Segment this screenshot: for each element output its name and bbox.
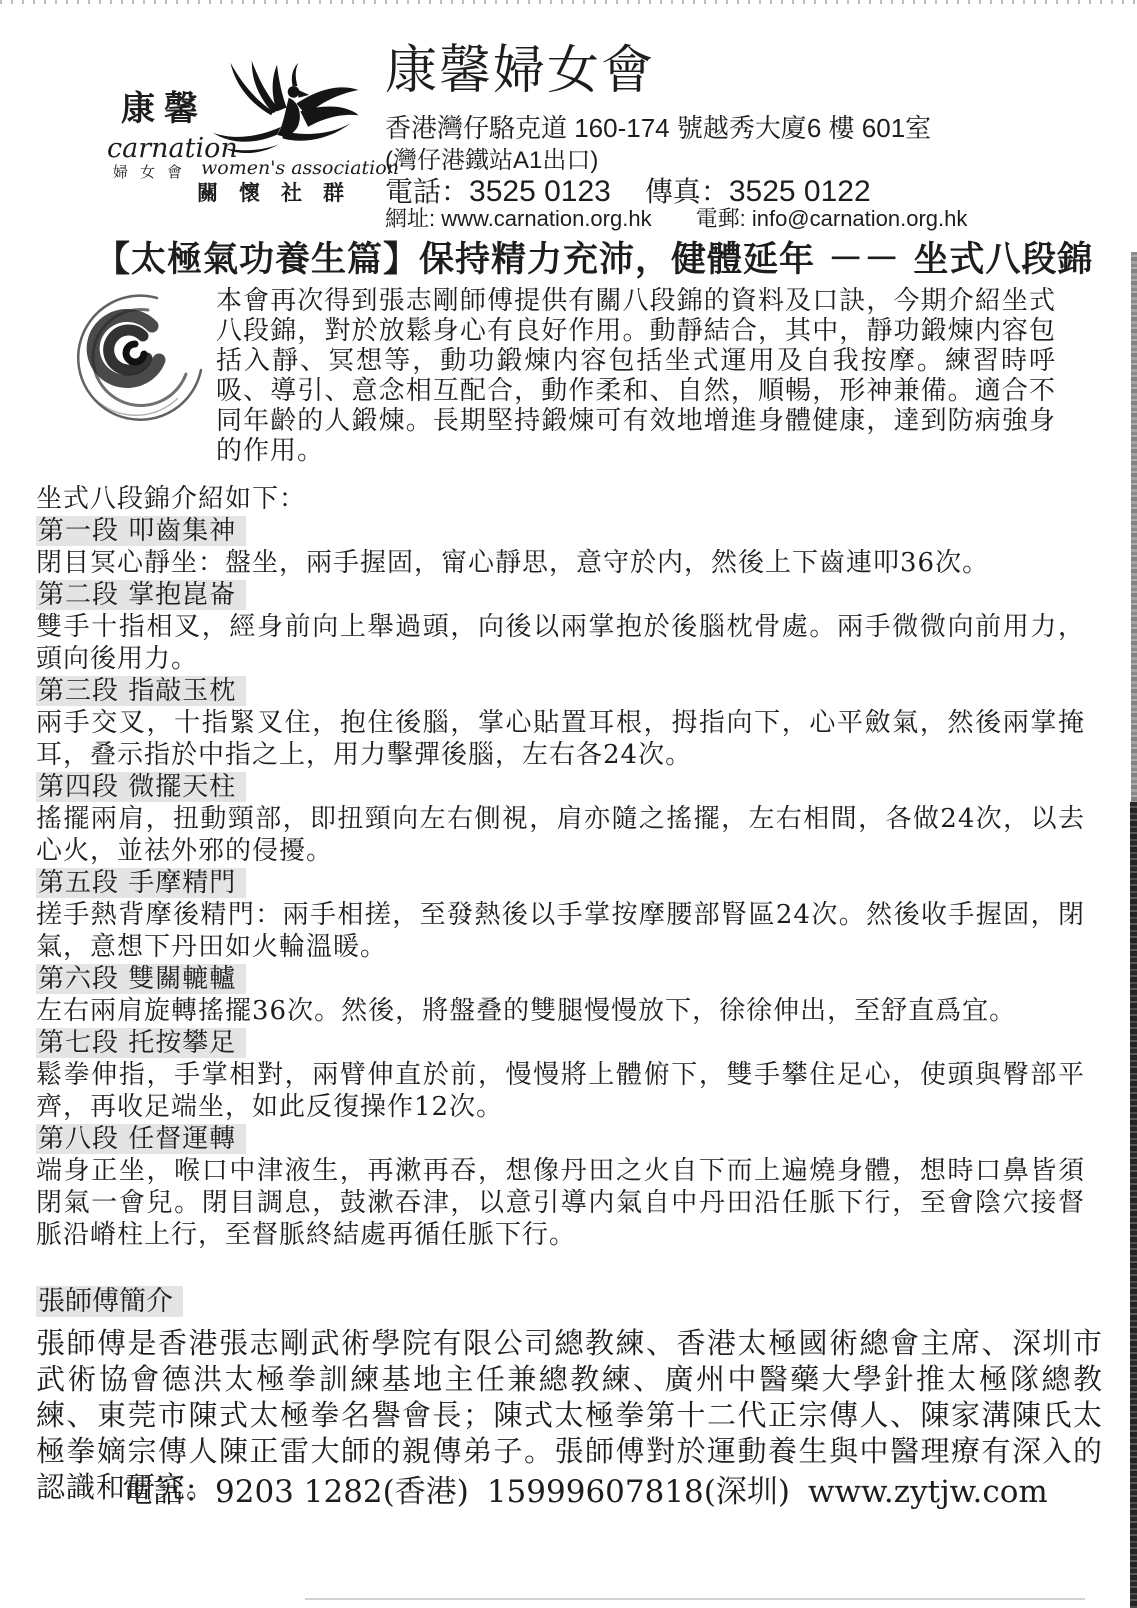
brand-assoc-en: women's association	[201, 157, 399, 179]
section-body: 左右兩肩旋轉搖擺36次。然後，將盤叠的雙腿慢慢放下，徐徐伸出，至舒直爲宜。	[36, 995, 1085, 1027]
section-body: 閉目冥心靜坐：盤坐，兩手握固，甯心靜思，意守於内，然後上下齒連叩36次。	[36, 547, 1085, 579]
footer-phone-hk: 9203 1282(香港)	[215, 1474, 469, 1510]
scanned-flyer-page: 康馨 carnation 婦女會	[0, 0, 1137, 1608]
section-heading-text: 第七段 托按攀足	[36, 1028, 246, 1058]
org-header: 康馨婦女會 香港灣仔駱克道 160-174 號越秀大廈6 樓 601室 (灣仔港…	[385, 46, 1085, 231]
section-heading-text: 第三段 指敲玉枕	[36, 676, 246, 706]
scan-right-edge-artifact-upper	[1131, 252, 1137, 802]
section-heading: 第二段 掌抱崑崙	[36, 579, 1085, 611]
section-heading: 第三段 指敲玉枕	[36, 675, 1085, 707]
org-web-email-line: 網址: www.carnation.org.hk電郵: info@carnati…	[385, 202, 967, 233]
scan-right-edge-artifact-lower	[1130, 802, 1137, 1608]
section-body: 兩手交叉，十指緊叉住，抱住後腦，掌心貼置耳根，拇指向下，心平斂氣，然後兩掌掩耳，…	[36, 707, 1085, 771]
article-intro-text: 本會再次得到張志剛師傅提供有關八段錦的資料及口訣，今期介紹坐式八段錦，對於放鬆身…	[216, 286, 1056, 466]
section-heading: 第七段 托按攀足	[36, 1027, 1085, 1059]
bio-heading-text: 張師傅簡介	[36, 1286, 183, 1317]
section-block: 第一段 叩齒集神 閉目冥心靜坐：盤坐，兩手握固，甯心靜思，意守於内，然後上下齒連…	[36, 515, 1085, 579]
section-block: 第六段 雙關轆轤 左右兩肩旋轉搖擺36次。然後，將盤叠的雙腿慢慢放下，徐徐伸出，…	[36, 963, 1085, 1027]
taichi-ink-swirl-icon	[60, 286, 210, 446]
section-body: 搓手熱背摩後精門：兩手相搓，至發熱後以手掌按摩腰部腎區24次。然後收手握固，閉氣…	[36, 899, 1085, 963]
website-url: www.carnation.org.hk	[441, 206, 651, 231]
footer-phone-label: 電話：	[122, 1474, 215, 1510]
section-heading: 第一段 叩齒集神	[36, 515, 1085, 547]
section-body: 鬆拳伸指，手掌相對，兩臂伸直於前，慢慢將上體俯下，雙手攀住足心，使頭與臀部平齊，…	[36, 1059, 1085, 1123]
section-heading: 第六段 雙關轆轤	[36, 963, 1085, 995]
phoenix-bird-icon	[193, 55, 363, 157]
section-body: 端身正坐，喉口中津液生，再漱再吞，想像丹田之火自下而上遍燒身體，想時口鼻皆須閉氣…	[36, 1155, 1085, 1251]
email-address: info@carnation.org.hk	[752, 206, 968, 231]
website-label: 網址:	[385, 206, 435, 231]
section-block: 第五段 手摩精門 搓手熱背摩後精門：兩手相搓，至發熱後以手掌按摩腰部腎區24次。…	[36, 867, 1085, 963]
footer-website: www.zytjw.com	[808, 1474, 1048, 1510]
section-body: 搖擺兩肩，扭動頸部，即扭頸向左右側視，肩亦隨之搖擺，左右相間，各做24次，以去心…	[36, 803, 1085, 867]
sections-list-intro: 坐式八段錦介紹如下：	[36, 483, 1085, 515]
article-intro-block: 本會再次得到張志剛師傅提供有關八段錦的資料及口訣，今期介紹坐式八段錦，對於放鬆身…	[60, 286, 1056, 466]
footer-contact-line: 電話：9203 1282(香港)15999607818(深圳)www.zytjw…	[122, 1466, 1048, 1511]
section-block: 第四段 微擺天柱 搖擺兩肩，扭動頸部，即扭頸向左右側視，肩亦隨之搖擺，左右相間，…	[36, 771, 1085, 867]
footer-phone-sz: 15999607818(深圳)	[487, 1474, 790, 1510]
section-body: 雙手十指相叉，經身前向上舉過頭，向後以兩掌抱於後腦枕骨處。兩手微微向前用力，頭向…	[36, 611, 1085, 675]
section-heading-text: 第五段 手摩精門	[36, 868, 246, 898]
section-heading: 第四段 微擺天柱	[36, 771, 1085, 803]
bio-heading: 張師傅簡介	[36, 1285, 1103, 1319]
section-heading-text: 第八段 任督運轉	[36, 1124, 246, 1154]
brand-name-sub: 婦女會	[113, 161, 194, 182]
scan-top-edge-artifact	[0, 0, 1137, 4]
section-heading-text: 第一段 叩齒集神	[36, 516, 246, 546]
section-block: 第八段 任督運轉 端身正坐，喉口中津液生，再漱再吞，想像丹田之火自下而上遍燒身體…	[36, 1123, 1085, 1251]
section-block: 第七段 托按攀足 鬆拳伸指，手掌相對，兩臂伸直於前，慢慢將上體俯下，雙手攀住足心…	[36, 1027, 1085, 1123]
email-label: 電郵:	[696, 206, 746, 231]
brand-logo: 康馨 carnation 婦女會	[95, 45, 405, 220]
section-heading: 第五段 手摩精門	[36, 867, 1085, 899]
org-name: 康馨婦女會	[385, 42, 655, 100]
brand-tagline: 關懷社群	[197, 177, 365, 207]
section-block: 第二段 掌抱崑崙 雙手十指相叉，經身前向上舉過頭，向後以兩掌抱於後腦枕骨處。兩手…	[36, 579, 1085, 675]
section-block: 第三段 指敲玉枕 兩手交叉，十指緊叉住，抱住後腦，掌心貼置耳根，拇指向下，心平斂…	[36, 675, 1085, 771]
scan-bottom-line-artifact	[305, 1598, 1085, 1600]
section-heading-text: 第四段 微擺天柱	[36, 772, 246, 802]
sections-list: 坐式八段錦介紹如下： 第一段 叩齒集神 閉目冥心靜坐：盤坐，兩手握固，甯心靜思，…	[36, 483, 1085, 1251]
section-heading-text: 第二段 掌抱崑崙	[36, 580, 246, 610]
article-title: 【太極氣功養生篇】保持精力充沛，健體延年 －－ 坐式八段錦	[95, 232, 1095, 282]
section-heading-text: 第六段 雙關轆轤	[36, 964, 246, 994]
section-heading: 第八段 任督運轉	[36, 1123, 1085, 1155]
